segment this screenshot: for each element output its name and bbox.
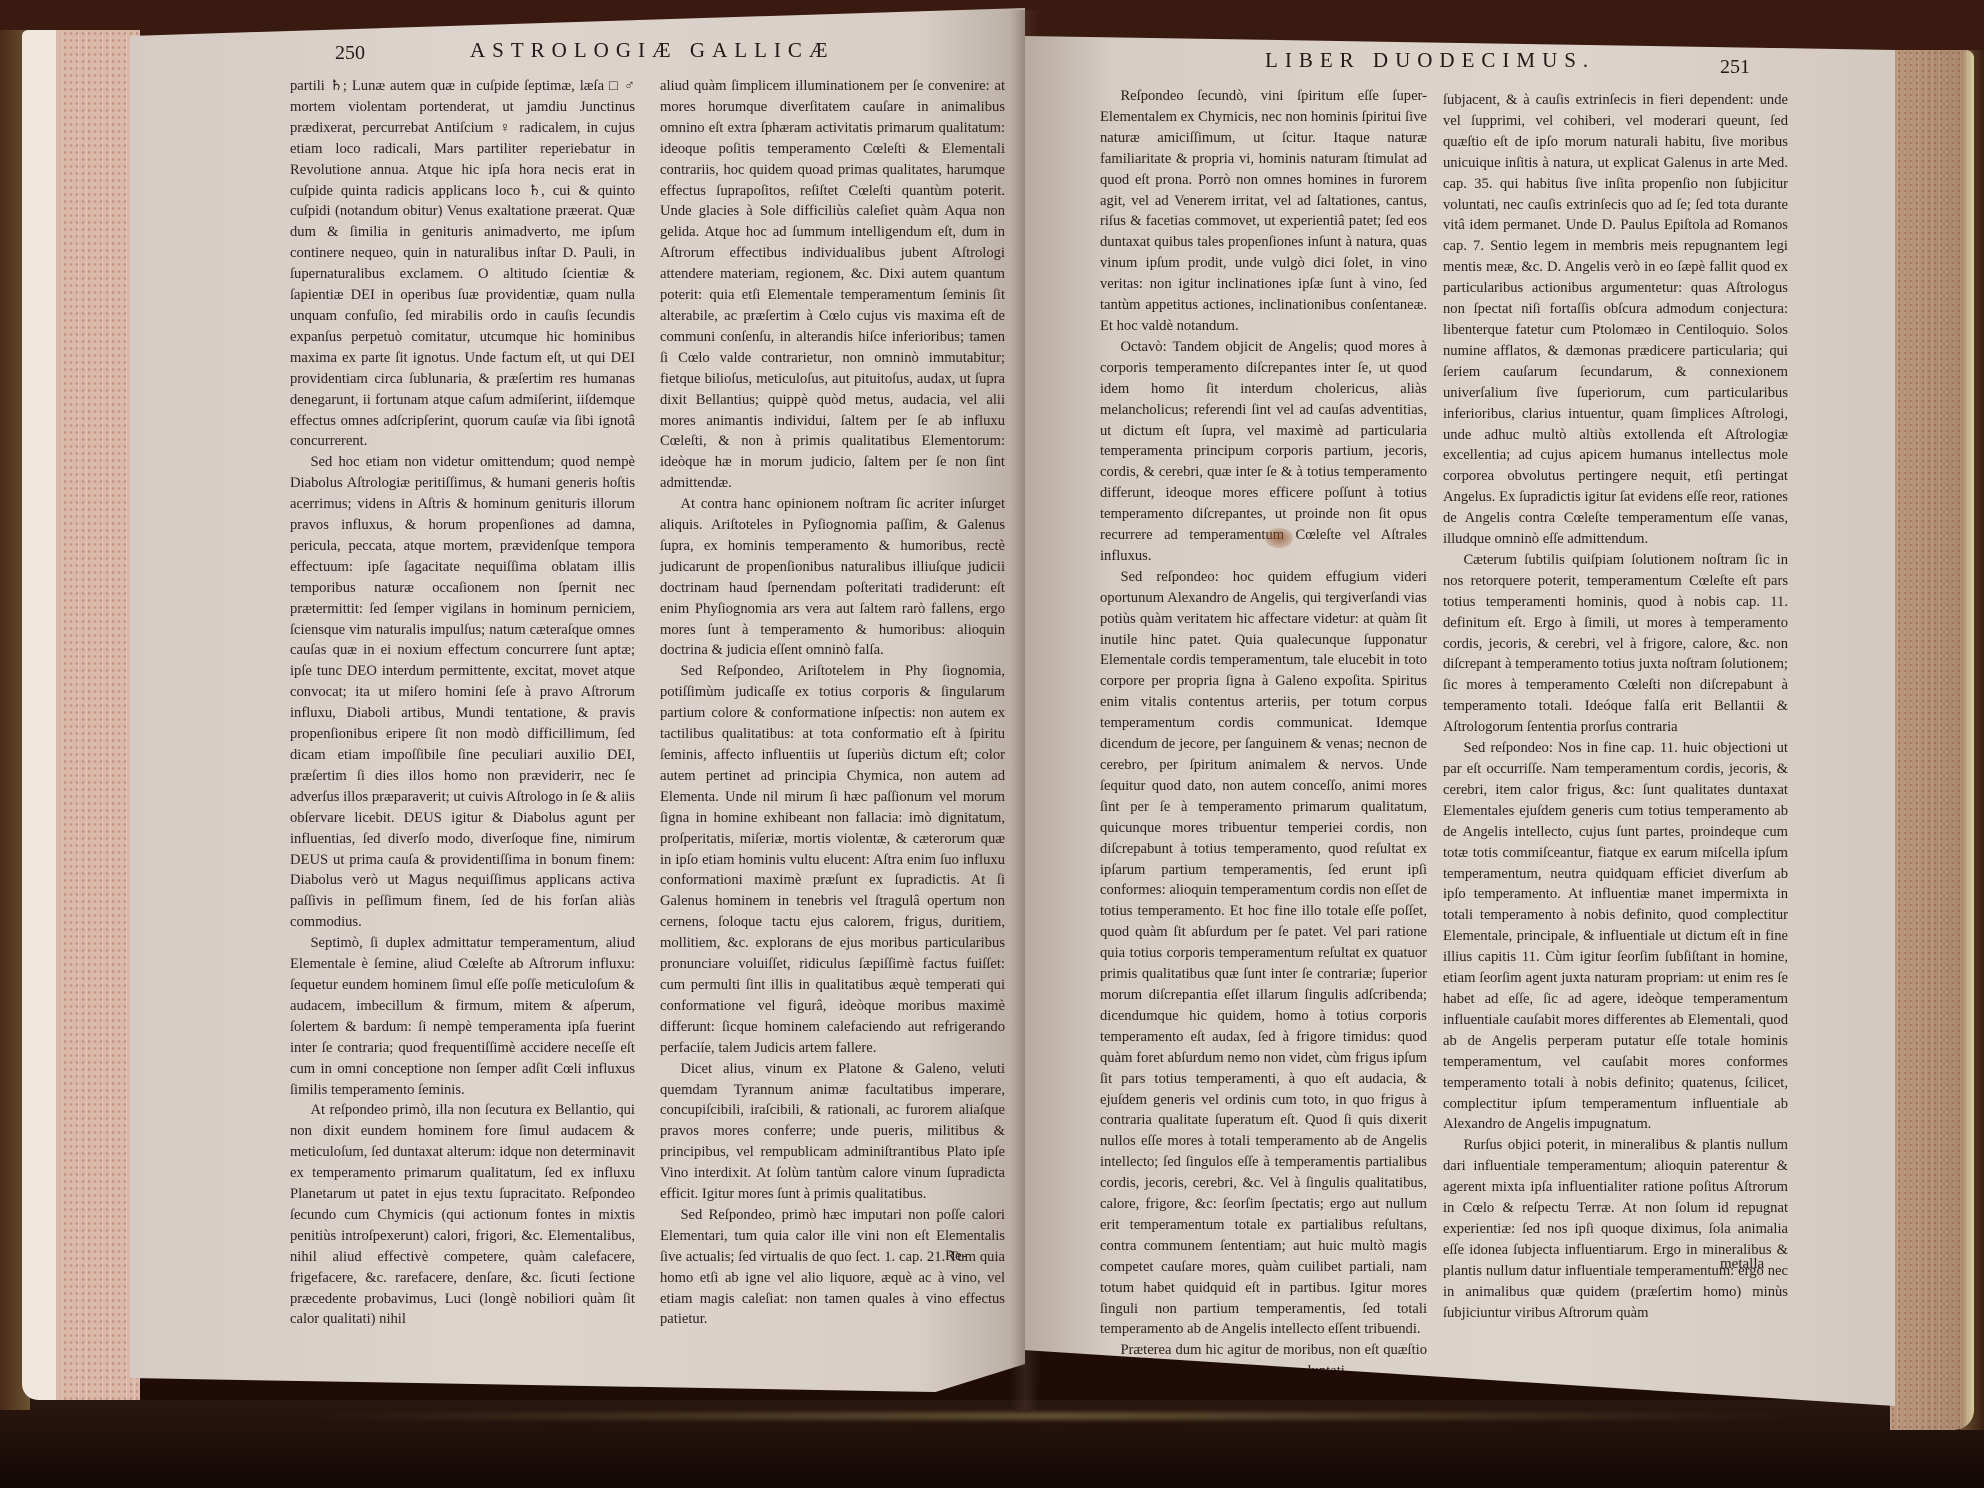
text-column-2: aliud quàm ſimplicem illuminationem per … [660,76,1005,1256]
paragraph: At contra hanc opinionem noſtram ſic acr… [660,494,1005,661]
page-edge-speckle-left [62,30,140,1400]
text-column-4: ſubjacent, & à cauſis extrinſecis in fie… [1443,90,1788,1270]
page-number: 250 [335,42,365,65]
paragraph: Sed reſpondeo: hoc quidem effugium vider… [1100,567,1427,1341]
paragraph: Sed Reſpondeo, primò hæc imputari non po… [660,1205,1005,1330]
paper-stain [1265,528,1293,548]
paragraph: aliud quàm ſimplicem illuminationem per … [660,76,1005,494]
running-head: ASTROLOGIÆ GALLICÆ [470,38,835,63]
paragraph: ſubjacent, & à cauſis extrinſecis in fie… [1443,90,1788,550]
page-edge-speckle-right [1890,50,1964,1430]
paragraph: Rurſus objici poterit, in mineralibus & … [1443,1135,1788,1323]
paragraph: At reſpondeo primò, illa non ſecutura ex… [290,1100,635,1330]
paragraph: Sed Reſpondeo, Ariſtotelem in Phy ſiogno… [660,661,1005,1058]
catchword: Re- [945,1248,967,1265]
left-page: 250 ASTROLOGIÆ GALLICÆ partili ♄; Lunæ a… [130,8,1025,1406]
paragraph: Septimò, ſi duplex admittatur temperamen… [290,933,635,1100]
running-head: LIBER DUODECIMUS. [1265,48,1595,73]
page-number: 251 [1720,56,1750,79]
paragraph: Sed hoc etiam non videtur omittendum; qu… [290,452,635,933]
paragraph: Cæterum ſubtilis quiſpiam ſolutionem noſ… [1443,550,1788,738]
cover-highlight [300,1412,1800,1420]
text-column-3: Reſpondeo ſecundò, vini ſpiritum eſſe ſu… [1100,86,1427,1266]
catchword: metalla [1720,1256,1764,1273]
paragraph: Reſpondeo ſecundò, vini ſpiritum eſſe ſu… [1100,86,1427,337]
text-column-1: partili ♄; Lunæ autem quæ in cuſpide ſep… [290,76,635,1256]
paragraph: Octavò: Tandem objicit de Angelis; quod … [1100,337,1427,567]
paragraph: Dicet alius, vinum ex Platone & Galeno, … [660,1059,1005,1205]
right-page: LIBER DUODECIMUS. 251 Reſpondeo ſecundò,… [1025,8,1895,1406]
paragraph: partili ♄; Lunæ autem quæ in cuſpide ſep… [290,76,635,452]
paragraph: Sed reſpondeo: Nos in fine cap. 11. huic… [1443,738,1788,1135]
